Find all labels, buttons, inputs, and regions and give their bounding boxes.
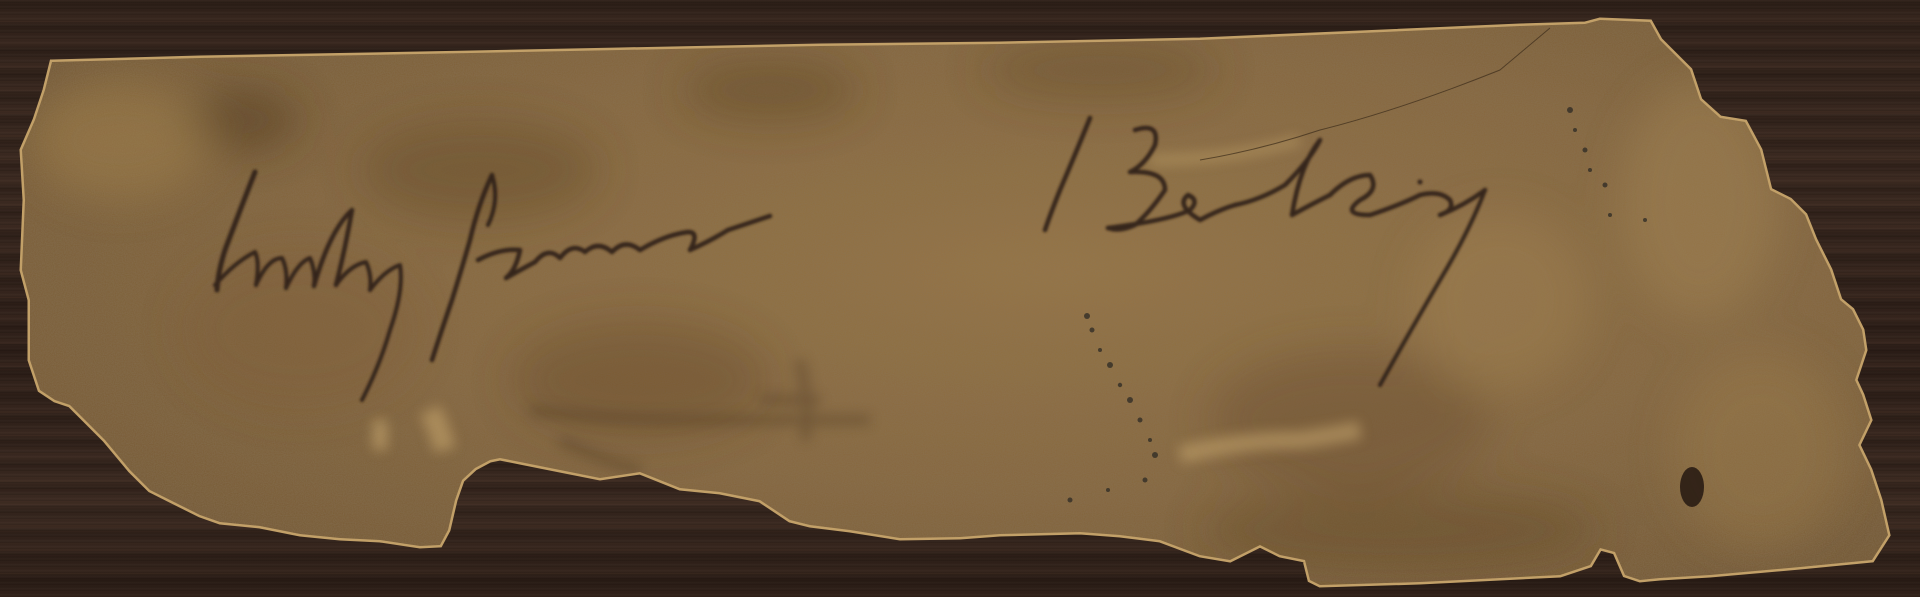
dark-spot (1680, 467, 1704, 507)
paper-fragment (0, 0, 1920, 597)
photo-stage: Henry James Bailey (0, 0, 1920, 597)
paper-fragment-scene (0, 0, 1920, 597)
